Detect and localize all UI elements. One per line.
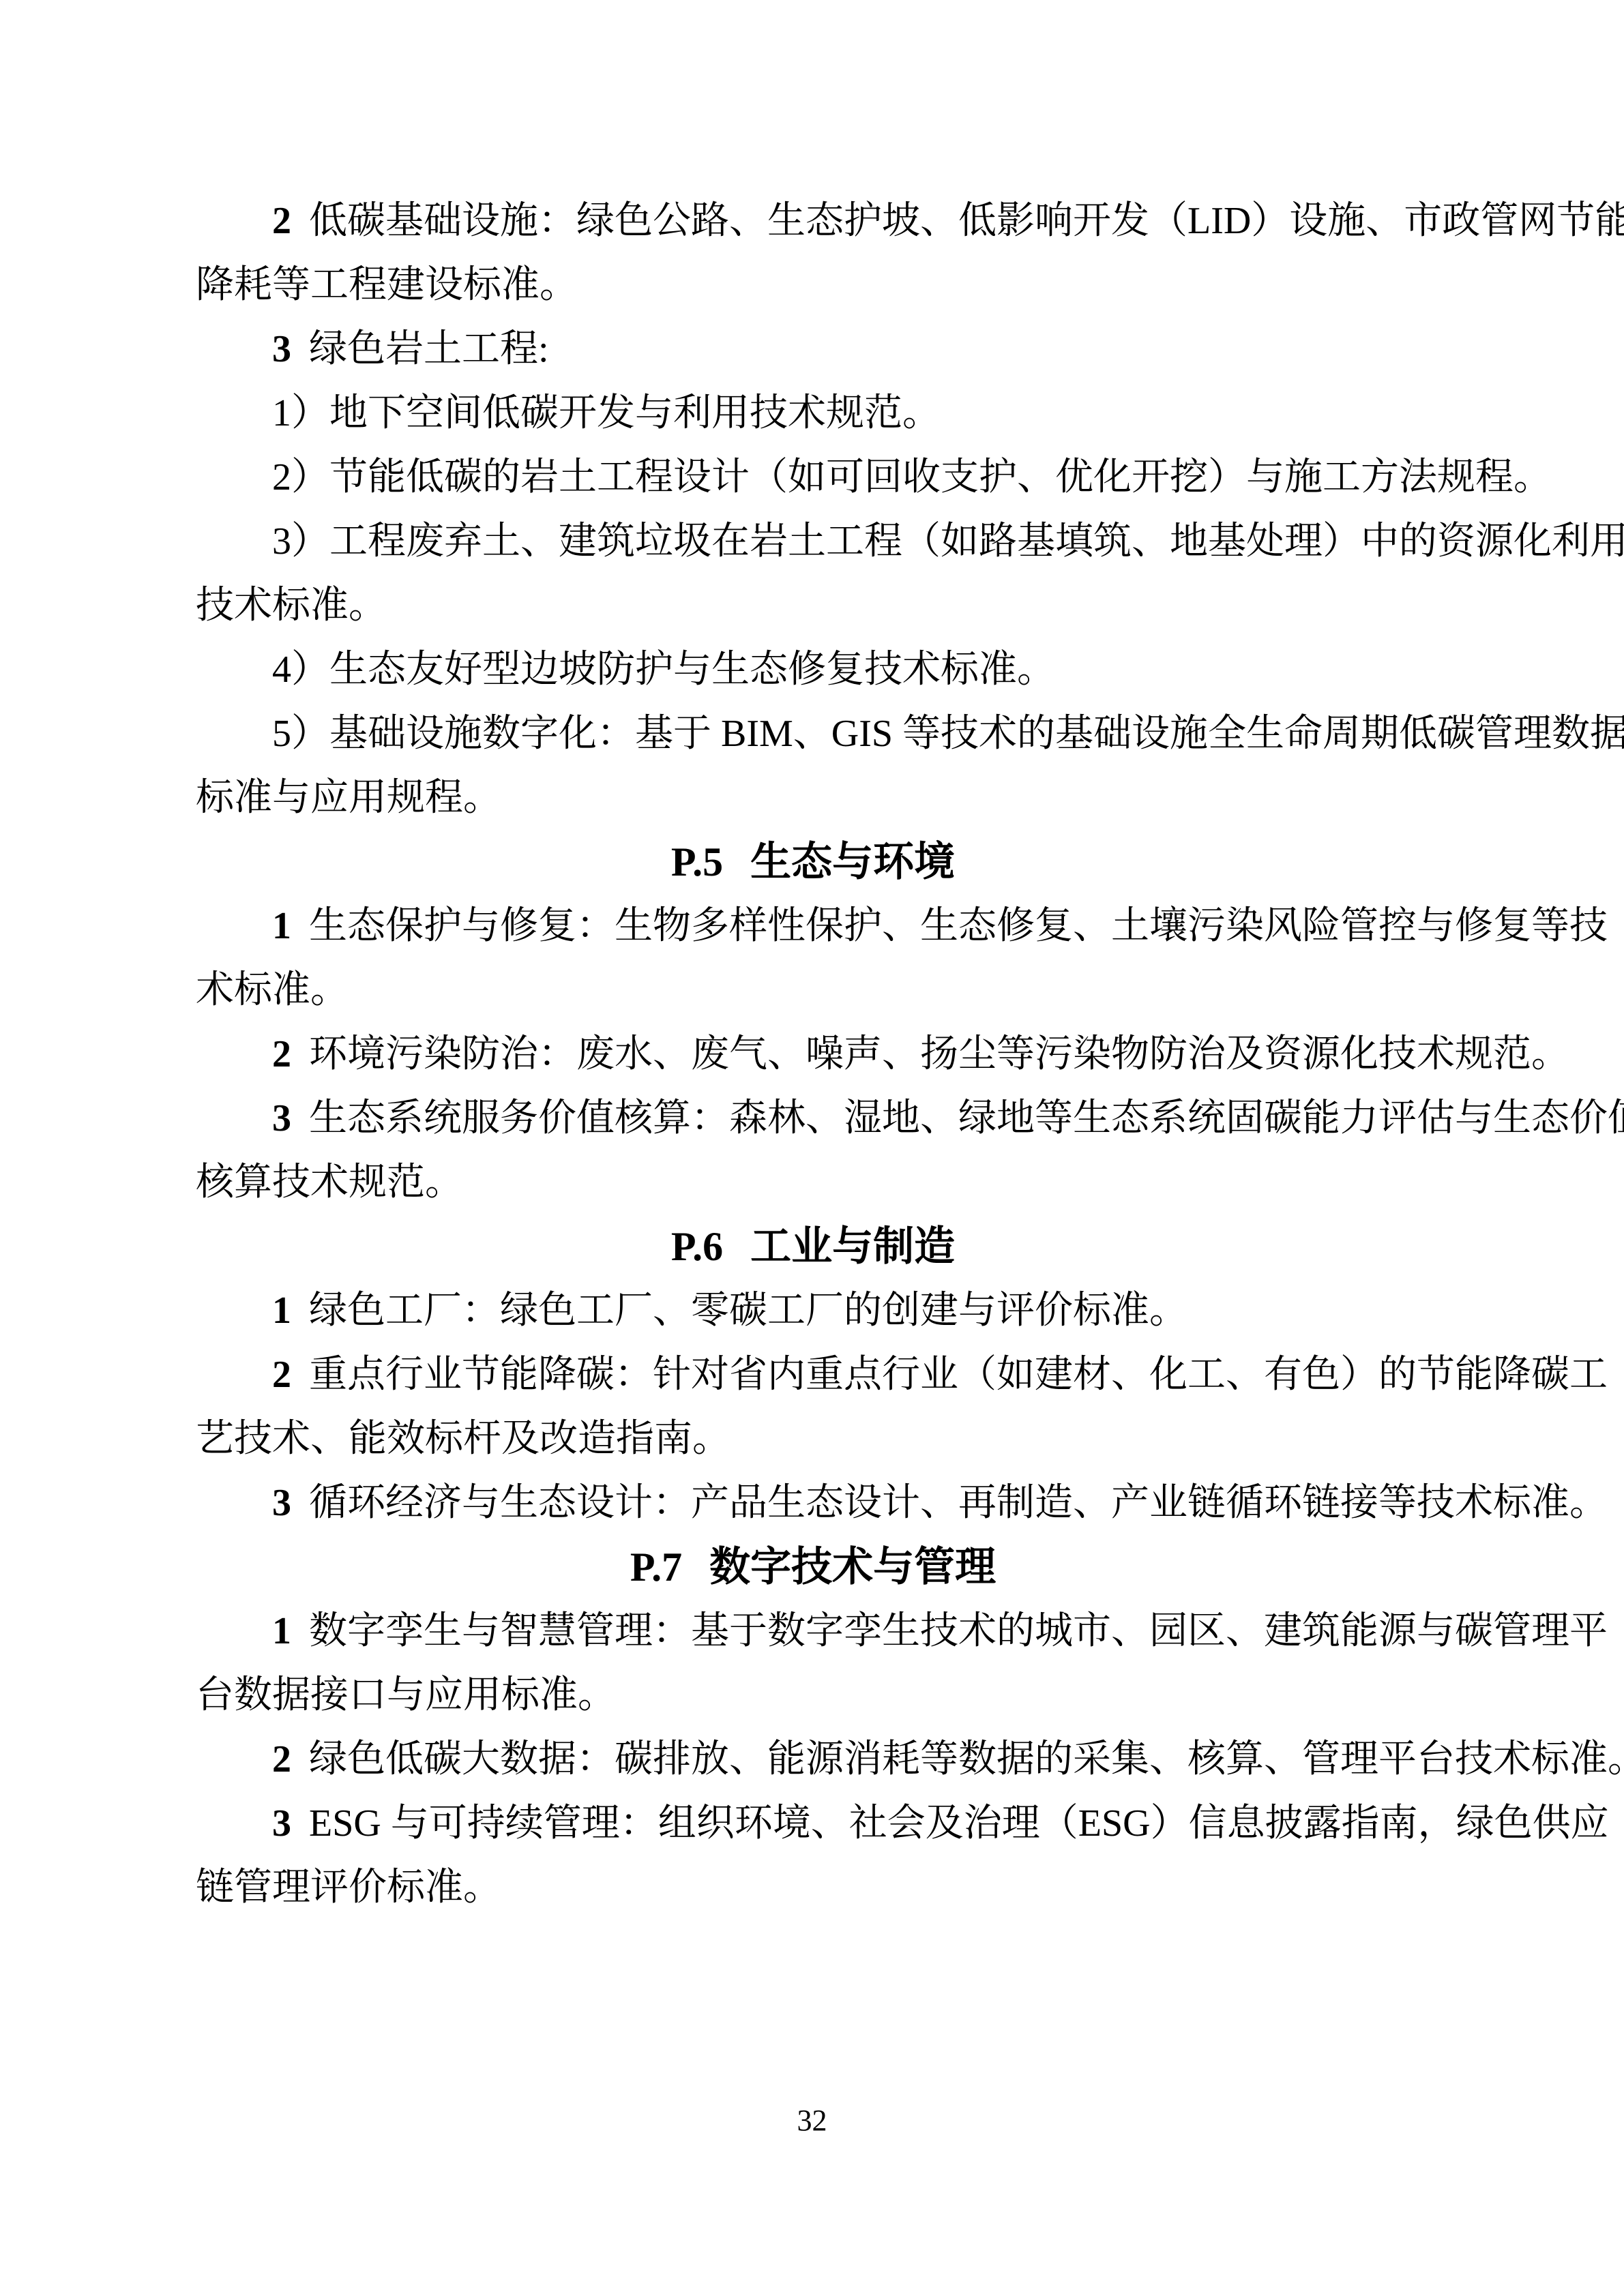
item-text: 环境污染防治：废水、废气、噪声、扬尘等污染物防治及资源化技术规范。: [309, 1033, 1569, 1075]
text-line: 3ESG 与可持续管理：组织环境、社会及治理（ESG）信息披露指南，绿色供应: [196, 1791, 1430, 1855]
section-heading-title: 生态与环境: [750, 839, 955, 884]
text-line: 2绿色低碳大数据：碳排放、能源消耗等数据的采集、核算、管理平台技术标准。: [196, 1727, 1430, 1791]
text-line: 3）工程废弃土、建筑垃圾在岩土工程（如路基填筑、地基处理）中的资源化利用: [196, 509, 1430, 573]
text-line: 术标准。: [196, 958, 1430, 1022]
text-line: 3生态系统服务价值核算：森林、湿地、绿地等生态系统固碳能力评估与生态价值: [196, 1086, 1430, 1150]
item-text: 基础设施数字化：基于 BIM、GIS 等技术的基础设施全生命周期低碳管理数据: [329, 713, 1624, 755]
item-number: 3: [272, 1802, 291, 1845]
item-number: 1: [272, 905, 291, 947]
item-text: 绿色低碳大数据：碳排放、能源消耗等数据的采集、核算、管理平台技术标准。: [309, 1738, 1624, 1780]
item-text: ESG 与可持续管理：组织环境、社会及治理（ESG）信息披露指南，绿色供应: [309, 1802, 1609, 1845]
section-heading-label: P.7: [630, 1545, 682, 1590]
document-body: 2低碳基础设施：绿色公路、生态护坡、低影响开发（LID）设施、市政管网节能降耗等…: [196, 189, 1430, 1920]
document-page: 2低碳基础设施：绿色公路、生态护坡、低影响开发（LID）设施、市政管网节能降耗等…: [0, 0, 1624, 2296]
text-line: 3绿色岩土工程:: [196, 317, 1430, 381]
text-line: 4）生态友好型边坡防护与生态修复技术标准。: [196, 638, 1430, 702]
text-line: 降耗等工程建设标准。: [196, 253, 1430, 317]
text-line: 链管理评价标准。: [196, 1855, 1430, 1920]
text-line: 2低碳基础设施：绿色公路、生态护坡、低影响开发（LID）设施、市政管网节能: [196, 189, 1430, 253]
text-line: 台数据接口与应用标准。: [196, 1663, 1430, 1727]
section-heading-title: 数字技术与管理: [709, 1544, 996, 1590]
item-number: 2: [272, 1033, 291, 1075]
item-number: 3: [272, 1097, 291, 1139]
item-text: 生态系统服务价值核算：森林、湿地、绿地等生态系统固碳能力评估与生态价值: [309, 1097, 1624, 1139]
section-heading-label: P.6: [671, 1224, 723, 1269]
item-number: 2: [272, 1738, 291, 1780]
text-line: 2环境污染防治：废水、废气、噪声、扬尘等污染物防治及资源化技术规范。: [196, 1022, 1430, 1086]
text-line: 技术标准。: [196, 573, 1430, 638]
page-number: 32: [0, 2104, 1624, 2138]
section-heading: P.6工业与制造: [196, 1214, 1430, 1279]
item-number: 2: [272, 200, 291, 242]
item-text: 地下空间低碳开发与利用技术规范。: [329, 392, 941, 434]
item-text: 生态友好型边坡防护与生态修复技术标准。: [329, 648, 1055, 691]
text-line: 3循环经济与生态设计：产品生态设计、再制造、产业链循环链接等技术标准。: [196, 1471, 1430, 1535]
item-number: 1: [272, 1610, 291, 1652]
text-line: 1生态保护与修复：生物多样性保护、生态修复、土壤污染风险管控与修复等技: [196, 894, 1430, 958]
text-line: 2重点行业节能降碳：针对省内重点行业（如建材、化工、有色）的节能降碳工: [196, 1343, 1430, 1407]
item-number: 3: [272, 1482, 291, 1524]
text-line: 1绿色工厂：绿色工厂、零碳工厂的创建与评价标准。: [196, 1279, 1430, 1343]
item-text: 循环经济与生态设计：产品生态设计、再制造、产业链循环链接等技术标准。: [309, 1482, 1608, 1524]
section-heading-label: P.5: [671, 839, 723, 884]
text-line: 艺技术、能效标杆及改造指南。: [196, 1407, 1430, 1471]
item-text: 重点行业节能降碳：针对省内重点行业（如建材、化工、有色）的节能降碳工: [309, 1354, 1608, 1396]
item-text: 工程废弃土、建筑垃圾在岩土工程（如路基填筑、地基处理）中的资源化利用: [329, 520, 1624, 563]
item-text: 绿色岩土工程:: [309, 328, 549, 370]
text-line: 5）基础设施数字化：基于 BIM、GIS 等技术的基础设施全生命周期低碳管理数据: [196, 702, 1430, 766]
sub-item-label: 4）: [272, 648, 329, 691]
sub-item-label: 1）: [272, 392, 329, 434]
item-text: 低碳基础设施：绿色公路、生态护坡、低影响开发（LID）设施、市政管网节能: [309, 200, 1624, 242]
text-line: 2）节能低碳的岩土工程设计（如可回收支护、优化开挖）与施工方法规程。: [196, 445, 1430, 509]
text-line: 核算技术规范。: [196, 1150, 1430, 1214]
item-number: 2: [272, 1354, 291, 1396]
sub-item-label: 2）: [272, 456, 329, 498]
item-text: 生态保护与修复：生物多样性保护、生态修复、土壤污染风险管控与修复等技: [309, 905, 1608, 947]
section-heading: P.5生态与环境: [196, 830, 1430, 894]
item-text: 节能低碳的岩土工程设计（如可回收支护、优化开挖）与施工方法规程。: [329, 456, 1552, 498]
text-line: 标准与应用规程。: [196, 766, 1430, 830]
item-text: 数字孪生与智慧管理：基于数字孪生技术的城市、园区、建筑能源与碳管理平: [309, 1610, 1608, 1652]
item-number: 1: [272, 1289, 291, 1332]
sub-item-label: 5）: [272, 713, 329, 755]
section-heading-title: 工业与制造: [750, 1223, 955, 1269]
text-line: 1数字孪生与智慧管理：基于数字孪生技术的城市、园区、建筑能源与碳管理平: [196, 1599, 1430, 1663]
item-number: 3: [272, 328, 291, 370]
sub-item-label: 3）: [272, 520, 329, 563]
text-line: 1）地下空间低碳开发与利用技术规范。: [196, 381, 1430, 445]
item-text: 绿色工厂：绿色工厂、零碳工厂的创建与评价标准。: [309, 1289, 1187, 1332]
section-heading: P.7数字技术与管理: [196, 1535, 1430, 1599]
